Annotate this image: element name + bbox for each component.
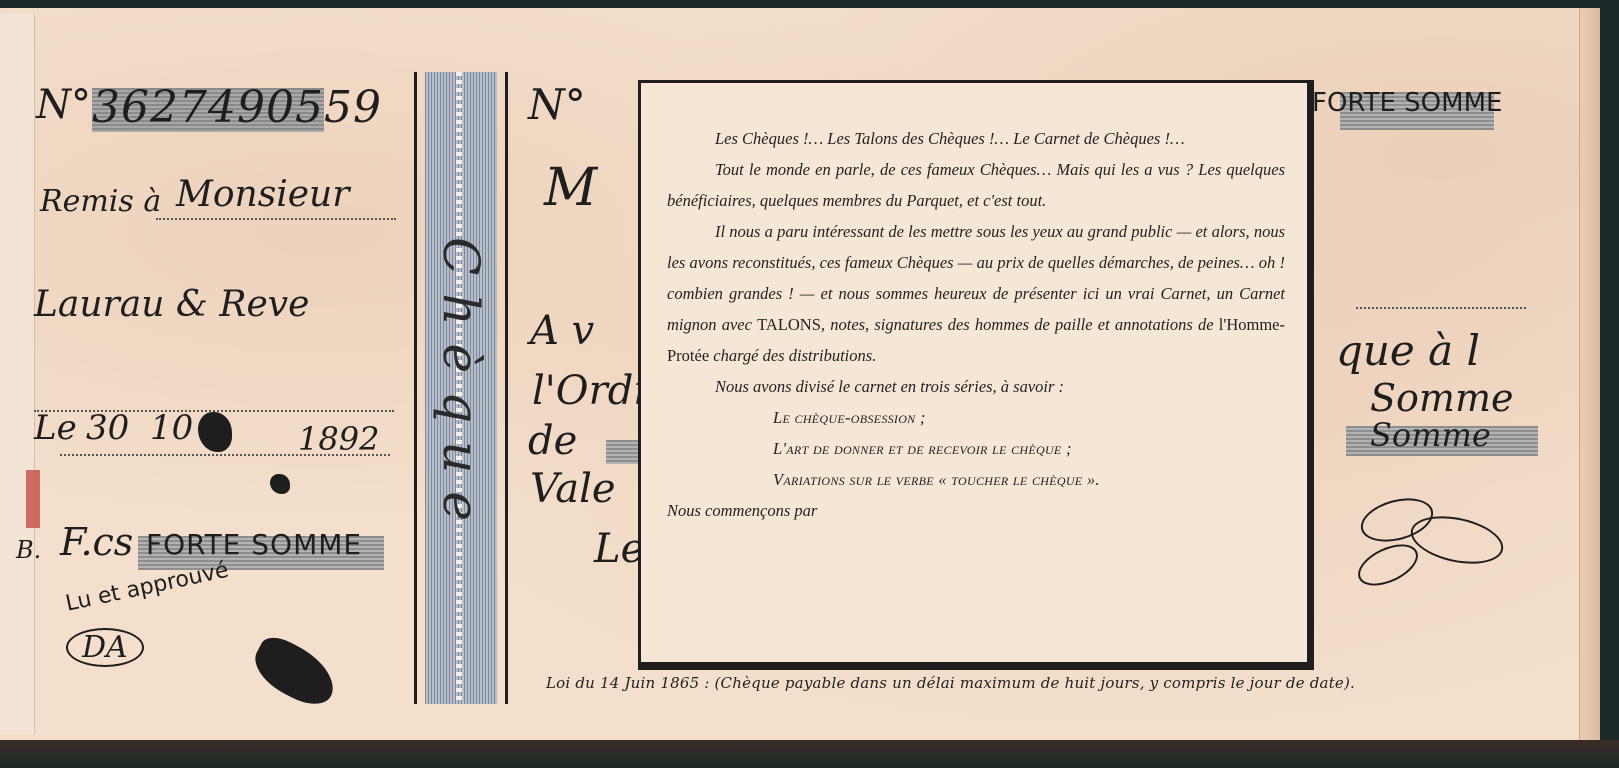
stub-initials: DA (66, 628, 144, 667)
series-item-2: L'art de donner et de recevoir le chèque… (667, 433, 1285, 464)
cheque-right-line-1: que à l (1336, 326, 1480, 375)
stub-date-year: 1892 (298, 420, 379, 458)
previous-page-edge (0, 14, 35, 734)
series-item-1: Le chèque-obsession ; (667, 402, 1285, 433)
insert-paragraph-2: Tout le monde en parle, de ces fameux Ch… (667, 154, 1285, 216)
ink-blot (198, 412, 232, 452)
cheque-date-prefix: Le (594, 526, 644, 572)
series-item-3: Variations sur le verbe « toucher le chè… (667, 464, 1285, 495)
printed-insert: Les Chèques !… Les Talons des Chèques !…… (638, 80, 1314, 670)
perforation-band: Chèque (414, 72, 508, 704)
red-paper-mark (26, 470, 40, 528)
stub-date-day: 30 (86, 408, 129, 448)
stub-date-prefix: Le (34, 408, 77, 448)
stub-side-mark: B. (16, 536, 41, 564)
book-bottom-shadow (0, 740, 1619, 768)
signature-flourish (1352, 536, 1424, 594)
ink-dot (270, 474, 290, 494)
insert-paragraph-3-end: chargé des distributions. (709, 346, 876, 365)
ink-smudge (246, 631, 344, 714)
cheque-amount-box (606, 440, 640, 464)
insert-closing: Nous commençons par (667, 495, 1285, 526)
insert-paragraph-3-middle: , notes, signatures des hommes de paille… (821, 315, 1219, 334)
stub-amount-value: FORTE SOMME (146, 528, 362, 561)
stub-dotted-line (156, 218, 396, 220)
cheque-right-line-3: Somme (1370, 416, 1491, 454)
stub-number-prefix: N° (36, 82, 91, 128)
insert-paragraph-1: Les Chèques !… Les Talons des Chèques !…… (667, 123, 1285, 154)
cheque-order-prefix: A v (530, 308, 594, 354)
cheque-right-line-2: Somme (1370, 376, 1513, 420)
cheque-number-prefix: N° (528, 80, 586, 129)
law-footer: Loi du 14 Juin 1865 : (Chèque payable da… (546, 674, 1355, 692)
stub-payee: Laurau & Reve (34, 284, 309, 325)
insert-paragraph-3: Il nous a paru intéressant de les mettre… (667, 216, 1285, 371)
cheque-addressee-initial: M (544, 158, 597, 218)
insert-series-intro: Nous avons divisé le carnet en trois sér… (667, 371, 1285, 402)
cheque-dotted-line (1356, 307, 1526, 309)
band-vertical-text: Chèque (432, 237, 490, 539)
insert-text: Les Chèques !… Les Talons des Chèques !…… (667, 123, 1285, 526)
cheque-book-page: N° 3627490559 Remis à Monsieur Laurau & … (0, 8, 1600, 746)
stub-amount-prefix: F.cs (60, 520, 133, 564)
stub-remis-label: Remis à (40, 184, 161, 219)
cheque-top-amount: FORTE SOMME (1312, 88, 1502, 118)
page-stack-edge (1579, 8, 1600, 746)
insert-talons: TALONS (757, 315, 821, 334)
stub-dotted-line (60, 454, 390, 456)
stub-remis-value: Monsieur (176, 174, 349, 215)
stub-date-month: 10 (150, 408, 193, 448)
stub-number: 3627490559 (92, 82, 382, 133)
cheque-value-prefix: Vale (530, 466, 616, 512)
cheque-amount-prefix: de (528, 418, 577, 464)
